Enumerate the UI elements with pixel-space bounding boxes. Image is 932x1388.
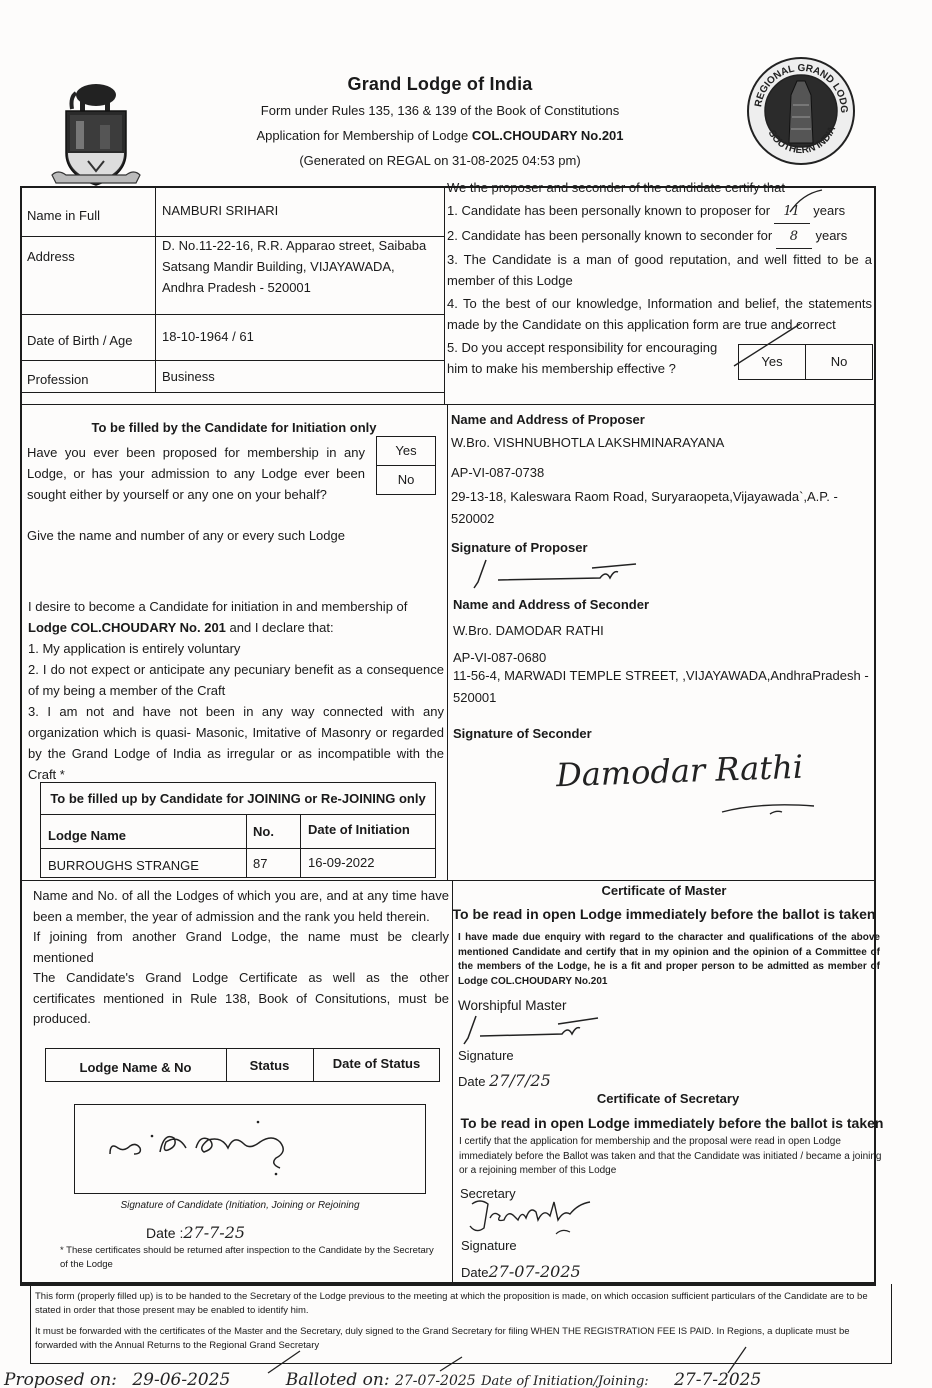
- address-value: D. No.11-22-16, R.R. Apparao street, Sai…: [162, 235, 426, 298]
- divider: [447, 404, 448, 880]
- master-signature: [462, 1014, 602, 1048]
- lodges-instructions: Name and No. of all the Lodges of which …: [33, 886, 449, 1030]
- proposer-address: 29-13-18, Kaleswara Raom Road, Suryaraop…: [451, 486, 838, 530]
- lodges-col-date: Date of Status: [313, 1054, 440, 1075]
- divider: [20, 404, 876, 405]
- initiation-question: Have you ever been proposed for membersh…: [27, 442, 365, 505]
- checkmark-icon: [150, 1345, 850, 1375]
- seconder-address-line: 11-56-4, MARWADI TEMPLE STREET, ,VIJAYAW…: [453, 665, 869, 687]
- divider: [40, 814, 436, 815]
- responsibility-no-box[interactable]: No: [805, 344, 873, 380]
- address-line: Andhra Pradesh - 520001: [162, 277, 426, 298]
- lodges-text: Name and No. of all the Lodges of which …: [33, 886, 449, 927]
- joining-col-lodge-name: Lodge Name: [48, 826, 126, 847]
- divider: [40, 848, 436, 849]
- seconder-signature-label: Signature of Seconder: [453, 724, 592, 745]
- address-label: Address: [27, 249, 75, 264]
- divider: [20, 392, 444, 393]
- proposed-on-label: Proposed on:: [4, 1370, 117, 1388]
- proposer-id: AP-VI-087-0738: [451, 463, 544, 484]
- proposer-signature: [470, 556, 640, 592]
- declaration-point: 2. I do not expect or anticipate any pec…: [28, 659, 444, 701]
- seconder-address: 11-56-4, MARWADI TEMPLE STREET, ,VIJAYAW…: [453, 665, 869, 709]
- master-certificate-body: I have made due enquiry with regard to t…: [458, 931, 880, 989]
- lodges-text: The Candidate's Grand Lodge Certificate …: [33, 968, 449, 1030]
- secretary-certificate-title: Certificate of Secretary: [452, 1089, 884, 1110]
- declaration-point: 3. I am not and have not been in any way…: [28, 701, 444, 785]
- candidate-signature-caption: Signature of Candidate (Initiation, Join…: [30, 1198, 450, 1214]
- proposer-address-line: 520002: [451, 508, 838, 530]
- secretary-signature-label: Signature: [461, 1236, 517, 1257]
- lodge-name: COL.CHOUDARY No.201: [472, 128, 624, 143]
- certification-item-3: 3. The Candidate is a man of good reputa…: [447, 249, 872, 291]
- address-line: Satsang Mandir Building, VIJAYAWADA,: [162, 256, 426, 277]
- secretary-date: Date27-07-2025: [461, 1259, 581, 1285]
- candidate-signature: [104, 1112, 334, 1182]
- candidate-date-value: 27-7-25: [183, 1223, 245, 1242]
- joining-heading: To be filled up by Candidate for JOINING…: [40, 789, 436, 810]
- divider: [20, 314, 444, 315]
- joining-col-no: No.: [253, 822, 274, 843]
- divider: [246, 814, 247, 878]
- candidate-date-label: Date :: [146, 1225, 183, 1241]
- checkmark-icon: [786, 188, 826, 218]
- master-certificate-subtitle: To be read in open Lodge immediately bef…: [452, 903, 876, 925]
- joining-col-date: Date of Initiation: [308, 820, 410, 841]
- joining-row-date: 16-09-2022: [308, 853, 375, 874]
- master-signature-label: Signature: [458, 1046, 514, 1067]
- regional-grand-lodge-seal-logo: REGIONAL GRAND LODGE SOUTHERN INDIA: [745, 55, 857, 167]
- secretary-date-label: Date: [461, 1265, 488, 1280]
- lodges-text: If joining from another Grand Lodge, the…: [33, 927, 449, 968]
- master-certificate-title: Certificate of Master: [452, 881, 876, 902]
- seconder-years-value: 8: [776, 225, 812, 249]
- divider: [155, 186, 156, 392]
- declaration-text: I desire to become a Candidate for initi…: [28, 596, 444, 617]
- seconder-name: W.Bro. DAMODAR RATHI: [453, 621, 604, 642]
- master-date-value: 27/7/25: [489, 1071, 551, 1090]
- proposer-address-line: 29-13-18, Kaleswara Raom Road, Suryaraop…: [451, 486, 838, 508]
- proposer-name: W.Bro. VISHNUBHOTLA LAKSHMINARAYANA: [451, 433, 724, 454]
- seconder-address-line: 520001: [453, 687, 869, 709]
- divider: [20, 360, 444, 361]
- balloted-on-value: 27-07-2025: [395, 1373, 476, 1388]
- certification-item-5: 5. Do you accept responsibility for enco…: [447, 337, 735, 379]
- joining-row-no: 87: [253, 854, 267, 875]
- secretary-certificate-subtitle: To be read in open Lodge immediately bef…: [452, 1112, 892, 1134]
- divider: [444, 186, 445, 404]
- dob-value: 18-10-1964 / 61: [162, 329, 254, 344]
- secretary-signature: [466, 1198, 596, 1238]
- declaration-point: 1. My application is entirely voluntary: [28, 638, 444, 659]
- proposer-heading: Name and Address of Proposer: [451, 410, 645, 431]
- declaration-block: I desire to become a Candidate for initi…: [28, 596, 444, 785]
- divider: [452, 880, 453, 1284]
- checkmark-icon: [730, 320, 810, 370]
- dob-label: Date of Birth / Age: [27, 333, 133, 348]
- initiation-date-label: Date of Initiation/Joining:: [481, 1374, 649, 1388]
- profession-value: Business: [162, 369, 215, 384]
- give-lodge-name-label: Give the name and number of any or every…: [27, 526, 345, 547]
- declaration-lodge: Lodge COL.CHOUDARY No. 201: [28, 620, 226, 635]
- name-value: NAMBURI SRIHARI: [162, 203, 278, 218]
- candidate-date: Date :27-7-25: [146, 1220, 245, 1246]
- secretary-certificate-body: I certify that the application for membe…: [459, 1135, 891, 1179]
- address-line: D. No.11-22-16, R.R. Apparao street, Sai…: [162, 235, 426, 256]
- proposed-before-yes-box[interactable]: Yes: [376, 436, 436, 466]
- profession-label: Profession: [27, 372, 88, 387]
- lodges-col-name: Lodge Name & No: [45, 1058, 226, 1079]
- certificates-footnote: * These certificates should be returned …: [60, 1244, 440, 1272]
- seconder-heading: Name and Address of Seconder: [453, 595, 649, 616]
- divider: [300, 814, 301, 878]
- proposed-before-no-box[interactable]: No: [376, 465, 436, 495]
- lodges-col-status: Status: [226, 1056, 313, 1077]
- signature-underline: [720, 800, 820, 820]
- master-date-label: Date: [458, 1074, 485, 1089]
- certification-item-2: 2. Candidate has been personally known t…: [447, 224, 872, 249]
- declaration-lodge-line: Lodge COL.CHOUDARY No. 201 and I declare…: [28, 617, 444, 638]
- joining-row-lodge: BURROUGHS STRANGE: [48, 856, 199, 877]
- footer-note-1: This form (properly filled up) is to be …: [35, 1290, 890, 1319]
- name-label: Name in Full: [27, 208, 100, 223]
- secretary-date-value: 27-07-2025: [488, 1262, 580, 1281]
